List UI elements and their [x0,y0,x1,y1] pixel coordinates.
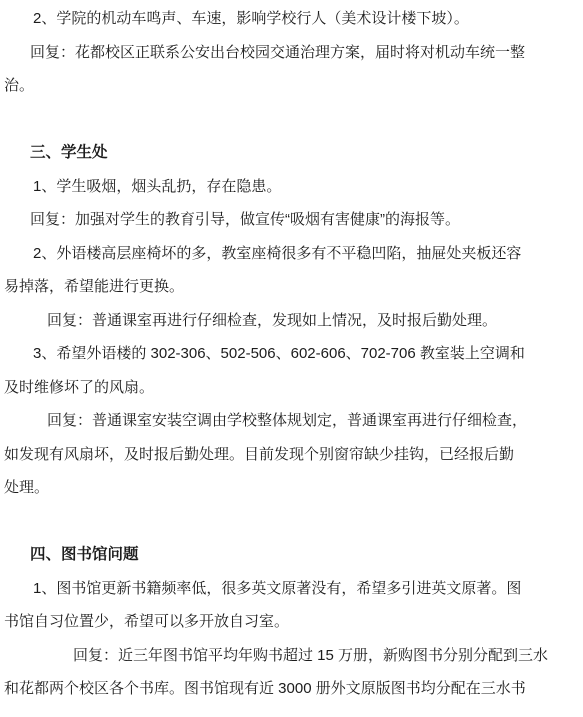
blank-line [4,505,571,539]
text-line: 2、学院的机动车鸣声、车速，影响学校行人（美术设计楼下坡）。 [4,2,571,36]
text-line: 处理。 [4,471,571,505]
text-line: 回复：花都校区正联系公安出台校园交通治理方案，届时将对机动车统一整 [4,36,571,70]
text-line: 易掉落，希望能进行更换。 [4,270,571,304]
text-line: 和花都两个校区各个书库。图书馆现有近 3000 册外文原版图书均分配在三水书 [4,672,571,706]
text-line: 2、外语楼高层座椅坏的多，教室座椅很多有不平稳凹陷，抽屉处夹板还容 [4,237,571,271]
text-line: 书馆自习位置少，希望可以多开放自习室。 [4,605,571,639]
text-line: 3、希望外语楼的 302-306、502-506、602-606、702-706… [4,337,571,371]
blank-line [4,103,571,137]
text-line: 回复：普通课室安装空调由学校整体规划定，普通课室再进行仔细检查， [4,404,571,438]
section-heading: 三、学生处 [4,136,571,170]
document-page: 2、学院的机动车鸣声、车速，影响学校行人（美术设计楼下坡）。回复：花都校区正联系… [0,0,583,717]
section-heading: 四、图书馆问题 [4,538,571,572]
text-line: 1、学生吸烟，烟头乱扔，存在隐患。 [4,170,571,204]
document-body: 2、学院的机动车鸣声、车速，影响学校行人（美术设计楼下坡）。回复：花都校区正联系… [0,0,583,706]
text-line: 治。 [4,69,571,103]
text-line: 1、图书馆更新书籍频率低，很多英文原著没有，希望多引进英文原著。图 [4,572,571,606]
text-line: 回复：近三年图书馆平均年购书超过 15 万册，新购图书分别分配到三水 [4,639,571,673]
text-line: 及时维修坏了的风扇。 [4,371,571,405]
text-line: 如发现有风扇坏，及时报后勤处理。目前发现个别窗帘缺少挂钩，已经报后勤 [4,438,571,472]
text-line: 回复：加强对学生的教育引导，做宣传“吸烟有害健康”的海报等。 [4,203,571,237]
text-line: 回复：普通课室再进行仔细检查，发现如上情况，及时报后勤处理。 [4,304,571,338]
